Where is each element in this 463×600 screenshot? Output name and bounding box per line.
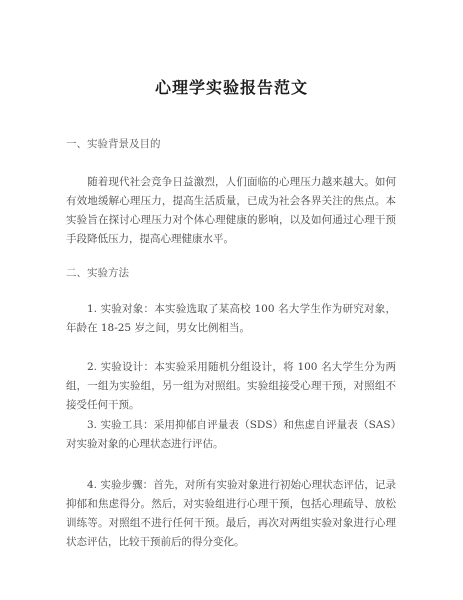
section-heading-background: 一、实验背景及目的 (66, 136, 161, 151)
paragraph-text: 3. 实验工具：采用抑郁自评量表（SDS）和焦虑自评量表（SAS）对实验对象的心… (66, 419, 396, 450)
document-title: 心理学实验报告范文 (0, 75, 463, 98)
paragraph-background: 随着现代社会竞争日益激烈，人们面临的心理压力越来越大。如何有效地缓解心理压力，提… (66, 173, 396, 249)
paragraph-text: 2. 实验设计：本实验采用随机分组设计，将 100 名大学生分为两组，一组为实验… (66, 361, 396, 411)
paragraph-subjects: 1. 实验对象：本实验选取了某高校 100 名大学生作为研究对象，年龄在 18-… (66, 300, 396, 338)
section-heading-methods: 二、实验方法 (66, 265, 129, 280)
paragraph-procedure: 4. 实验步骤：首先，对所有实验对象进行初始心理状态评估，记录抑郁和焦虑得分。然… (66, 476, 396, 552)
paragraph-text: 4. 实验步骤：首先，对所有实验对象进行初始心理状态评估，记录抑郁和焦虑得分。然… (66, 479, 396, 548)
paragraph-design: 2. 实验设计：本实验采用随机分组设计，将 100 名大学生分为两组，一组为实验… (66, 358, 396, 415)
paragraph-tools: 3. 实验工具：采用抑郁自评量表（SDS）和焦虑自评量表（SAS）对实验对象的心… (66, 416, 396, 454)
paragraph-text: 随着现代社会竞争日益激烈，人们面临的心理压力越来越大。如何有效地缓解心理压力，提… (66, 176, 396, 245)
paragraph-text: 1. 实验对象：本实验选取了某高校 100 名大学生作为研究对象，年龄在 18-… (66, 303, 396, 334)
